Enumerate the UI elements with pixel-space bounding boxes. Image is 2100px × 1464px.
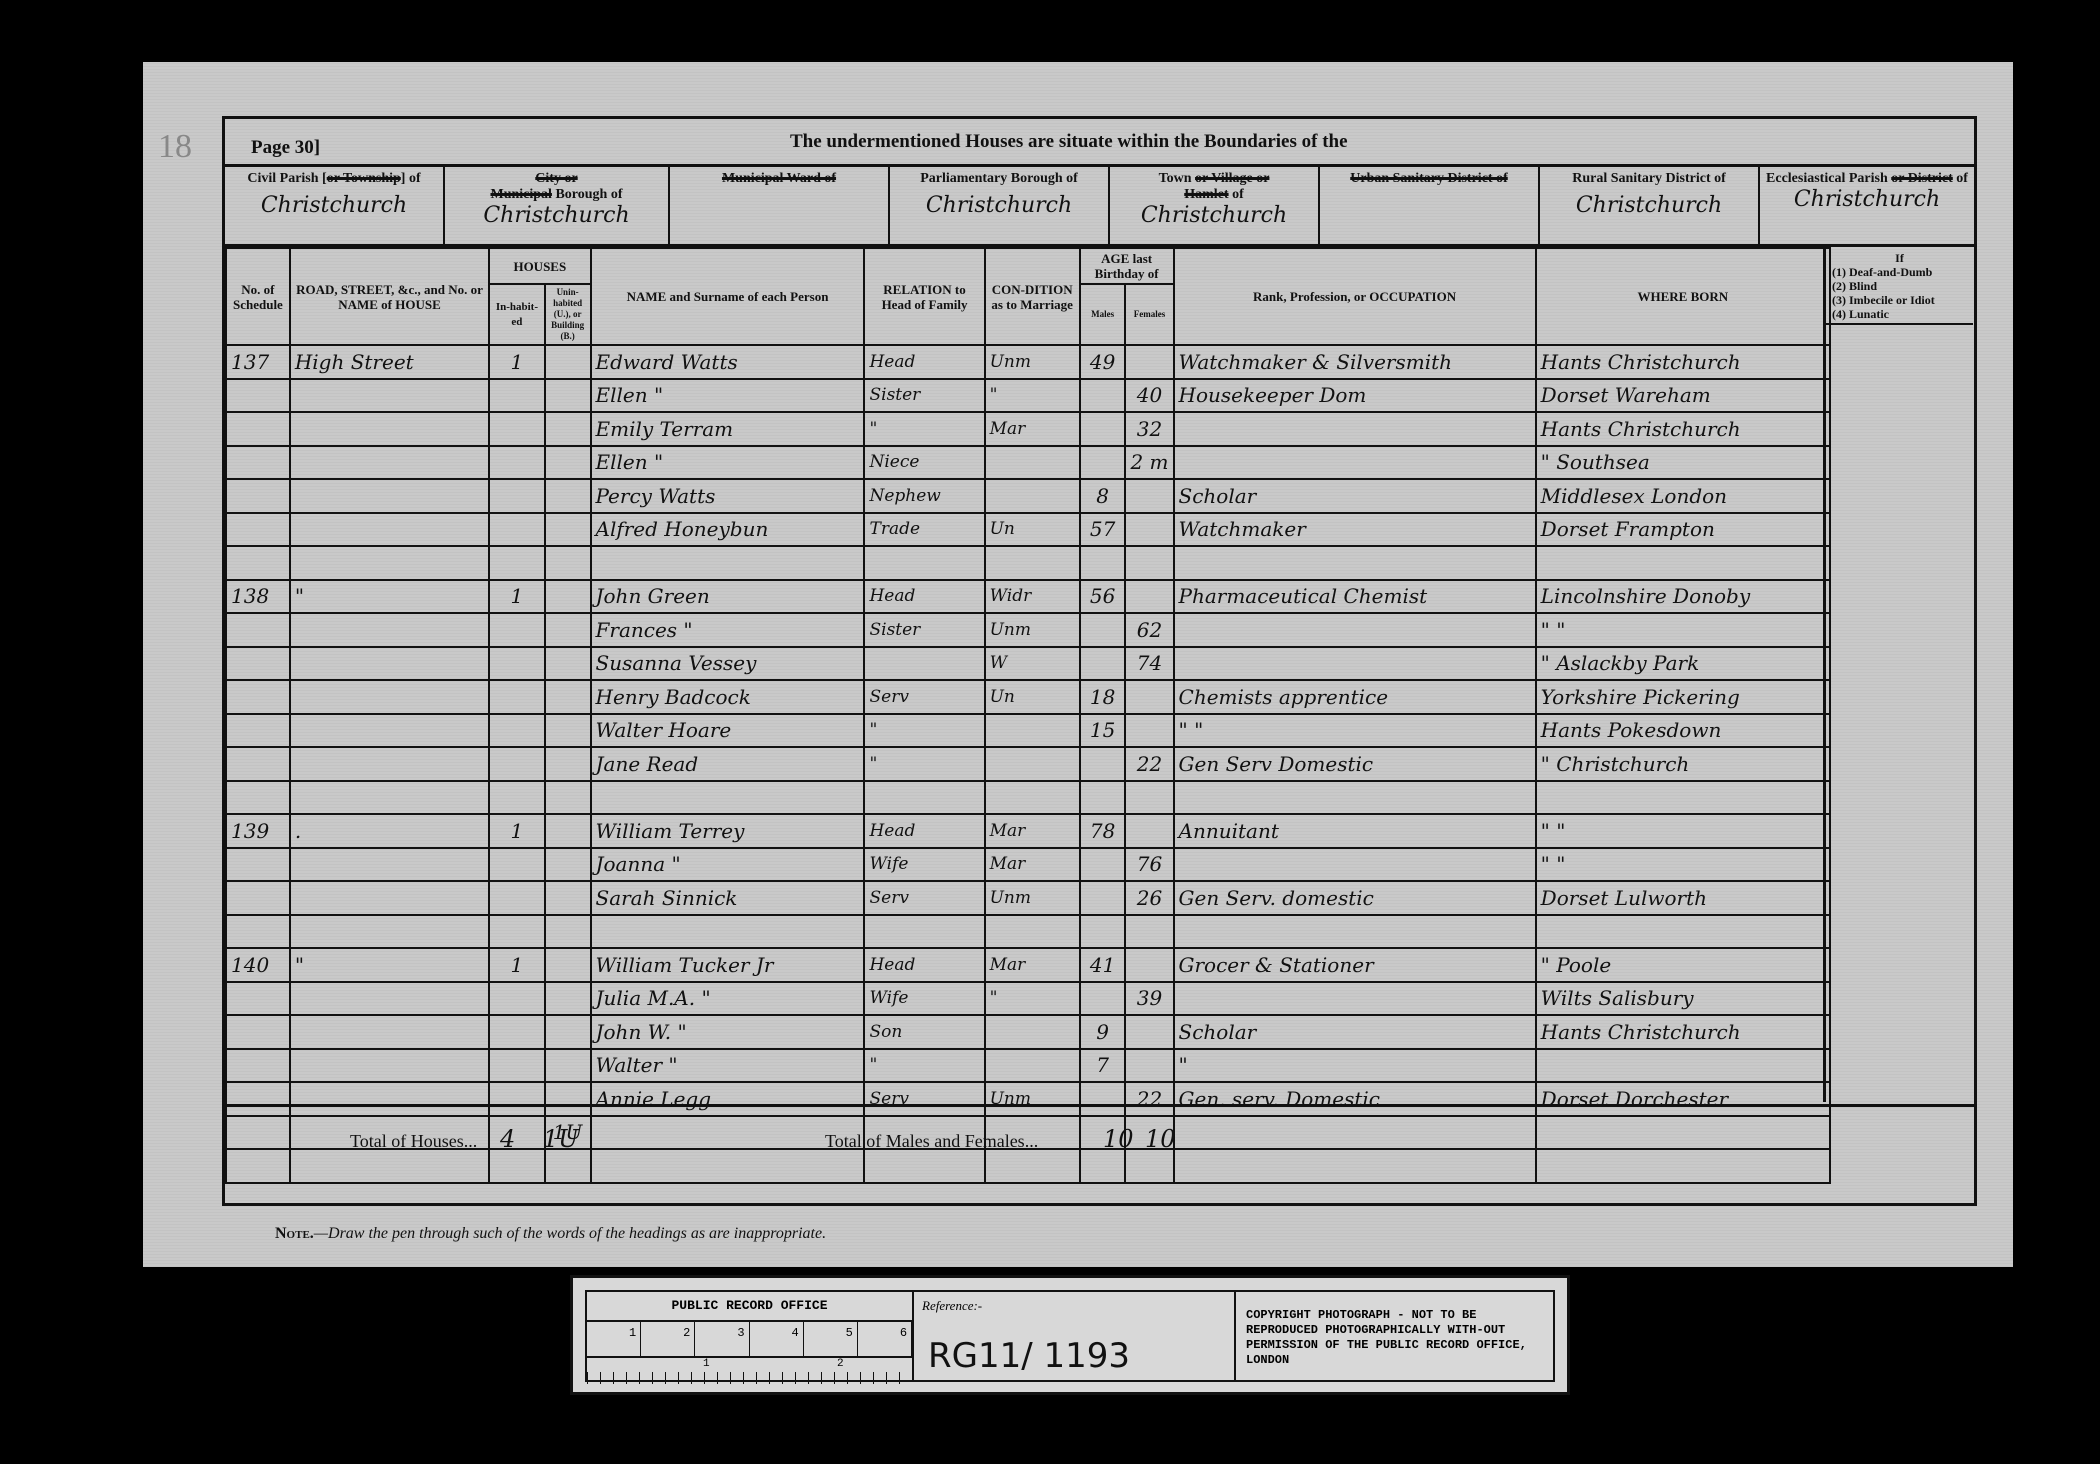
cell-where-born [1536, 546, 1830, 580]
cell-road [290, 747, 489, 781]
cell-schedule [226, 479, 290, 513]
cell-uninhabited [545, 680, 591, 714]
cell-condition: " [985, 379, 1080, 413]
cell-where-born: " Christchurch [1536, 747, 1830, 781]
cell-condition [985, 546, 1080, 580]
cell-occupation: Scholar [1174, 479, 1536, 513]
cell-inhabited [489, 982, 545, 1016]
cell-occupation: Gen Serv. domestic [1174, 881, 1536, 915]
cell-condition [985, 714, 1080, 748]
cell-male-age [1080, 446, 1126, 480]
table-row: Ellen "Niece2 m " Southsea [226, 446, 1830, 480]
totals-row: Total of Houses... 4 1U Total of Males a… [225, 1104, 1974, 1174]
cell-male-age [1080, 982, 1126, 1016]
cell-condition [985, 1049, 1080, 1083]
cell-occupation: Housekeeper Dom [1174, 379, 1536, 413]
cell-name [591, 546, 865, 580]
cell-where-born: " Southsea [1536, 446, 1830, 480]
cell-uninhabited [545, 814, 591, 848]
cell-uninhabited [545, 747, 591, 781]
cell-inhabited [489, 714, 545, 748]
cell-road [290, 379, 489, 413]
table-row: Susanna VesseyW74 " Aslackby Park [226, 647, 1830, 681]
cell-name: William Terrey [591, 814, 865, 848]
cell-condition: Unm [985, 613, 1080, 647]
cell-male-age: 8 [1080, 479, 1126, 513]
cell-male-age: 7 [1080, 1049, 1126, 1083]
cell-road [290, 513, 489, 547]
cell-road [290, 680, 489, 714]
cell-occupation [1174, 446, 1536, 480]
cell-uninhabited [545, 379, 591, 413]
form-heading: The undermentioned Houses are situate wi… [790, 131, 1348, 153]
cell-condition [985, 1015, 1080, 1049]
cell-occupation [1174, 982, 1536, 1016]
table-row: Percy WattsNephew8ScholarMiddlesex Londo… [226, 479, 1830, 513]
cell-occupation [1174, 781, 1536, 815]
cell-schedule [226, 781, 290, 815]
cell-where-born: " " [1536, 613, 1830, 647]
cell-inhabited [489, 546, 545, 580]
cell-condition: Unm [985, 345, 1080, 379]
cell-name: Ellen " [591, 446, 865, 480]
cell-name: Walter " [591, 1049, 865, 1083]
scale-ruler: 1 2 [587, 1358, 912, 1384]
cell-relation: Son [864, 1015, 984, 1049]
total-males: 10 [1103, 1125, 1134, 1153]
col-occupation: Rank, Profession, or OCCUPATION [1174, 248, 1536, 345]
form-header: Page 30] The undermentioned Houses are s… [225, 119, 1974, 167]
area-value: Christchurch [1116, 203, 1312, 228]
cell-female-age: 32 [1125, 412, 1173, 446]
cell-relation: Sister [864, 613, 984, 647]
cell-where-born: " " [1536, 848, 1830, 882]
archive-reference: Reference:- RG11/ 1193 [914, 1292, 1236, 1380]
cell-condition: Un [985, 513, 1080, 547]
cell-occupation [1174, 412, 1536, 446]
cell-male-age: 41 [1080, 948, 1126, 982]
cell-inhabited [489, 781, 545, 815]
col-relation: RELATION to Head of Family [864, 248, 984, 345]
cell-where-born: Dorset Lulworth [1536, 881, 1830, 915]
cell-where-born: Wilts Salisbury [1536, 982, 1830, 1016]
table-row: 137High Street1Edward WattsHeadUnm49Watc… [226, 345, 1830, 379]
cell-relation: Niece [864, 446, 984, 480]
cell-road [290, 479, 489, 513]
cell-condition [985, 915, 1080, 949]
table-row: John W. "Son9ScholarHants Christchurch [226, 1015, 1830, 1049]
cell-name: John W. " [591, 1015, 865, 1049]
cell-female-age [1125, 580, 1173, 614]
cell-uninhabited [545, 1049, 591, 1083]
cell-schedule: 139 [226, 814, 290, 848]
area-value: Christchurch [231, 193, 437, 218]
cell-schedule [226, 680, 290, 714]
cell-schedule [226, 915, 290, 949]
cell-schedule: 140 [226, 948, 290, 982]
cell-inhabited [489, 680, 545, 714]
cell-name [591, 781, 865, 815]
cell-uninhabited [545, 546, 591, 580]
cell-female-age: 39 [1125, 982, 1173, 1016]
area-municipal-ward: Municipal Ward of [670, 167, 890, 244]
cell-occupation [1174, 915, 1536, 949]
cell-where-born: Hants Christchurch [1536, 412, 1830, 446]
cell-male-age [1080, 379, 1126, 413]
cell-occupation: Pharmaceutical Chemist [1174, 580, 1536, 614]
table-row: Sarah SinnickServUnm26Gen Serv. domestic… [226, 881, 1830, 915]
cell-uninhabited [545, 982, 591, 1016]
cell-condition: Mar [985, 412, 1080, 446]
col-houses: HOUSES [489, 248, 590, 284]
cell-male-age [1080, 546, 1126, 580]
area-value: Christchurch [896, 193, 1102, 218]
cell-uninhabited [545, 781, 591, 815]
cell-inhabited: 1 [489, 814, 545, 848]
table-row: Jane Read"22Gen Serv Domestic " Christch… [226, 747, 1830, 781]
cell-inhabited: 1 [489, 948, 545, 982]
cell-schedule [226, 1049, 290, 1083]
col-males: Males [1080, 284, 1126, 345]
cell-female-age: 62 [1125, 613, 1173, 647]
cell-name: Walter Hoare [591, 714, 865, 748]
table-row: Julia M.A. "Wife"39Wilts Salisbury [226, 982, 1830, 1016]
table-row [226, 781, 1830, 815]
cell-schedule [226, 714, 290, 748]
cell-condition [985, 446, 1080, 480]
cell-inhabited [489, 848, 545, 882]
cell-where-born: " Poole [1536, 948, 1830, 982]
cell-inhabited: 1 [489, 580, 545, 614]
cell-inhabited [489, 479, 545, 513]
cell-relation: Head [864, 345, 984, 379]
copyright-notice: COPYRIGHT PHOTOGRAPH - NOT TO BE REPRODU… [1236, 1292, 1553, 1380]
cell-relation: Trade [864, 513, 984, 547]
col-where-born: WHERE BORN [1536, 248, 1830, 345]
cell-relation: Head [864, 814, 984, 848]
area-ecclesiastical-parish: Ecclesiastical Parish or District of Chr… [1760, 167, 1974, 244]
cell-relation [864, 915, 984, 949]
cell-name: Alfred Honeybun [591, 513, 865, 547]
cell-female-age [1125, 680, 1173, 714]
cell-road [290, 714, 489, 748]
cell-schedule [226, 513, 290, 547]
cell-relation [864, 647, 984, 681]
cell-condition: " [985, 982, 1080, 1016]
cell-road [290, 613, 489, 647]
page-number: Page 30] [251, 137, 320, 159]
cell-inhabited [489, 513, 545, 547]
cell-relation: Head [864, 948, 984, 982]
cell-male-age [1080, 781, 1126, 815]
cell-name: Emily Terram [591, 412, 865, 446]
area-parliamentary-borough: Parliamentary Borough of Christchurch [890, 167, 1110, 244]
cell-road [290, 881, 489, 915]
cell-road [290, 647, 489, 681]
archive-office: PUBLIC RECORD OFFICE [587, 1292, 912, 1322]
cell-name: William Tucker Jr [591, 948, 865, 982]
cell-condition [985, 781, 1080, 815]
cell-schedule [226, 446, 290, 480]
cell-occupation: Watchmaker & Silversmith [1174, 345, 1536, 379]
cell-uninhabited [545, 345, 591, 379]
cell-male-age [1080, 613, 1126, 647]
area-value: Christchurch [451, 203, 662, 228]
cell-occupation [1174, 613, 1536, 647]
cell-male-age: 9 [1080, 1015, 1126, 1049]
cell-uninhabited [545, 479, 591, 513]
cell-road: " [290, 948, 489, 982]
cell-name: Sarah Sinnick [591, 881, 865, 915]
cell-road [290, 1049, 489, 1083]
cell-inhabited [489, 881, 545, 915]
reference-label: Reference:- [922, 1298, 982, 1314]
table-row: Joanna "WifeMar76 " " [226, 848, 1830, 882]
cell-name: Ellen " [591, 379, 865, 413]
table-row: Walter Hoare"15 " "Hants Pokesdown [226, 714, 1830, 748]
cell-where-born: " " [1536, 814, 1830, 848]
cell-condition: Un [985, 680, 1080, 714]
cell-schedule [226, 412, 290, 446]
total-inhabited: 4 [500, 1125, 515, 1153]
table-row: Alfred HoneybunTradeUn57WatchmakerDorset… [226, 513, 1830, 547]
infirmity-header: If (1) Deaf-and-Dumb (2) Blind (3) Imbec… [1826, 247, 1973, 325]
cell-female-age [1125, 479, 1173, 513]
cell-female-age: 26 [1125, 881, 1173, 915]
area-town: Town or Village orHamlet of Christchurch [1110, 167, 1320, 244]
cell-female-age [1125, 345, 1173, 379]
cell-relation: Serv [864, 881, 984, 915]
cell-condition: Mar [985, 948, 1080, 982]
cell-where-born: Hants Christchurch [1536, 1015, 1830, 1049]
cell-female-age [1125, 814, 1173, 848]
cell-name: Julia M.A. " [591, 982, 865, 1016]
total-houses-label: Total of Houses... [350, 1131, 477, 1152]
cell-relation: Wife [864, 848, 984, 882]
cell-condition: Unm [985, 881, 1080, 915]
cell-name: Joanna " [591, 848, 865, 882]
cell-occupation [1174, 647, 1536, 681]
cell-occupation: Grocer & Stationer [1174, 948, 1536, 982]
cell-relation: " [864, 714, 984, 748]
cell-male-age: 57 [1080, 513, 1126, 547]
cell-schedule [226, 379, 290, 413]
cell-where-born: Hants Pokesdown [1536, 714, 1830, 748]
cell-occupation: " [1174, 1049, 1536, 1083]
cell-name: Henry Badcock [591, 680, 865, 714]
cell-road [290, 848, 489, 882]
col-condition: CON-DITION as to Marriage [985, 248, 1080, 345]
cell-where-born: Middlesex London [1536, 479, 1830, 513]
census-table: No. of Schedule ROAD, STREET, &c., and N… [225, 247, 1831, 1184]
margin-folio-mark: 18 [158, 128, 192, 166]
form-note: Note.—Draw the pen through such of the w… [275, 1225, 826, 1243]
archive-scale: PUBLIC RECORD OFFICE 1 2 3 4 5 6 1 2 [587, 1292, 914, 1380]
cell-inhabited [489, 1049, 545, 1083]
col-schedule: No. of Schedule [226, 248, 290, 345]
cell-schedule: 138 [226, 580, 290, 614]
cell-female-age [1125, 915, 1173, 949]
cell-inhabited [489, 446, 545, 480]
cell-male-age: 78 [1080, 814, 1126, 848]
cell-occupation: Watchmaker [1174, 513, 1536, 547]
cell-where-born [1536, 1049, 1830, 1083]
cell-where-born [1536, 915, 1830, 949]
cell-road [290, 446, 489, 480]
area-value: Christchurch [1546, 193, 1752, 218]
cell-condition: W [985, 647, 1080, 681]
cell-road [290, 781, 489, 815]
table-row: 138"1John GreenHeadWidr56Pharmaceutical … [226, 580, 1830, 614]
cell-schedule [226, 881, 290, 915]
cell-inhabited [489, 613, 545, 647]
cell-inhabited [489, 647, 545, 681]
cell-name: John Green [591, 580, 865, 614]
cell-condition [985, 479, 1080, 513]
cell-male-age: 56 [1080, 580, 1126, 614]
table-row: Ellen "Sister"40Housekeeper DomDorset Wa… [226, 379, 1830, 413]
cell-schedule: 137 [226, 345, 290, 379]
cell-female-age [1125, 513, 1173, 547]
cell-relation [864, 781, 984, 815]
cell-relation: " [864, 1049, 984, 1083]
col-females: Females [1125, 284, 1173, 345]
cell-name: Frances " [591, 613, 865, 647]
cell-name: Susanna Vessey [591, 647, 865, 681]
cell-road: " [290, 580, 489, 614]
cell-inhabited [489, 747, 545, 781]
total-females: 10 [1145, 1125, 1176, 1153]
cell-occupation: Chemists apprentice [1174, 680, 1536, 714]
cell-road [290, 1015, 489, 1049]
cell-relation: Wife [864, 982, 984, 1016]
cell-road [290, 915, 489, 949]
cell-relation: " [864, 412, 984, 446]
cell-name [591, 915, 865, 949]
cell-road: High Street [290, 345, 489, 379]
cell-male-age: 49 [1080, 345, 1126, 379]
cell-occupation [1174, 546, 1536, 580]
infirmity-column: If (1) Deaf-and-Dumb (2) Blind (3) Imbec… [1823, 247, 1973, 1102]
table-row [226, 546, 1830, 580]
area-urban-sanitary: Urban Sanitary District of [1320, 167, 1540, 244]
reference-number: RG11/ 1193 [928, 1336, 1130, 1376]
area-civil-parish: Civil Parish [or Township] of Christchur… [225, 167, 445, 244]
cell-relation: Nephew [864, 479, 984, 513]
cell-female-age [1125, 1049, 1173, 1083]
cell-inhabited [489, 915, 545, 949]
cell-male-age [1080, 647, 1126, 681]
cell-female-age [1125, 948, 1173, 982]
cell-inhabited [489, 1015, 545, 1049]
administrative-areas: Civil Parish [or Township] of Christchur… [225, 167, 1974, 247]
cell-where-born: Hants Christchurch [1536, 345, 1830, 379]
cell-occupation: " " [1174, 714, 1536, 748]
cell-uninhabited [545, 647, 591, 681]
cell-inhabited [489, 379, 545, 413]
cell-uninhabited [545, 446, 591, 480]
total-persons-label: Total of Males and Females... [825, 1131, 1038, 1152]
cell-female-age [1125, 546, 1173, 580]
cell-where-born: Dorset Wareham [1536, 379, 1830, 413]
cell-relation: Sister [864, 379, 984, 413]
cell-schedule [226, 647, 290, 681]
cell-female-age [1125, 781, 1173, 815]
cell-schedule [226, 1015, 290, 1049]
cell-female-age [1125, 714, 1173, 748]
cell-occupation: Scholar [1174, 1015, 1536, 1049]
cell-male-age [1080, 881, 1126, 915]
cell-uninhabited [545, 881, 591, 915]
cell-road [290, 412, 489, 446]
cell-name: Percy Watts [591, 479, 865, 513]
area-municipal-borough: City orMunicipal Borough of Christchurch [445, 167, 670, 244]
cell-uninhabited [545, 613, 591, 647]
cell-uninhabited [545, 848, 591, 882]
col-inhabited: In-habit-ed [489, 284, 545, 345]
area-rural-sanitary: Rural Sanitary District of Christchurch [1540, 167, 1760, 244]
total-uninhabited: 1U [543, 1125, 579, 1153]
table-row: Emily Terram"Mar32Hants Christchurch [226, 412, 1830, 446]
cell-schedule [226, 613, 290, 647]
col-road: ROAD, STREET, &c., and No. or NAME of HO… [290, 248, 489, 345]
cell-condition: Widr [985, 580, 1080, 614]
cell-where-born [1536, 781, 1830, 815]
area-value: Christchurch [1766, 187, 1968, 212]
cell-occupation: Gen Serv Domestic [1174, 747, 1536, 781]
cell-uninhabited [545, 948, 591, 982]
cell-uninhabited [545, 580, 591, 614]
cell-female-age: 2 m [1125, 446, 1173, 480]
cell-female-age: 76 [1125, 848, 1173, 882]
cell-male-age: 18 [1080, 680, 1126, 714]
cell-schedule [226, 747, 290, 781]
cell-occupation [1174, 848, 1536, 882]
cell-male-age [1080, 848, 1126, 882]
cell-inhabited: 1 [489, 345, 545, 379]
cell-male-age: 15 [1080, 714, 1126, 748]
cell-female-age: 74 [1125, 647, 1173, 681]
cell-uninhabited [545, 915, 591, 949]
cell-road [290, 546, 489, 580]
cell-relation: Head [864, 580, 984, 614]
cell-name: Edward Watts [591, 345, 865, 379]
cell-condition: Mar [985, 814, 1080, 848]
col-age: AGE last Birthday of [1080, 248, 1174, 284]
cell-inhabited [489, 412, 545, 446]
cell-male-age [1080, 412, 1126, 446]
cell-name: Jane Read [591, 747, 865, 781]
col-uninhabited: Unin-habited (U.), or Building (B.) [545, 284, 591, 345]
cell-male-age [1080, 747, 1126, 781]
cell-where-born: Dorset Frampton [1536, 513, 1830, 547]
cell-female-age [1125, 1015, 1173, 1049]
cell-occupation: Annuitant [1174, 814, 1536, 848]
cell-uninhabited [545, 412, 591, 446]
census-form: Page 30] The undermentioned Houses are s… [222, 116, 1977, 1206]
cell-relation [864, 546, 984, 580]
cell-uninhabited [545, 513, 591, 547]
table-row: Walter ""7 " [226, 1049, 1830, 1083]
table-row: 139.1William TerreyHeadMar78Annuitant " … [226, 814, 1830, 848]
cell-schedule [226, 848, 290, 882]
table-row: Frances "SisterUnm62 " " [226, 613, 1830, 647]
col-name: NAME and Surname of each Person [591, 248, 865, 345]
scale-numbers: 1 2 3 4 5 6 [587, 1322, 912, 1358]
cell-relation: Serv [864, 680, 984, 714]
cell-schedule [226, 982, 290, 1016]
archive-label: PUBLIC RECORD OFFICE 1 2 3 4 5 6 1 2 Ref… [570, 1275, 1570, 1395]
